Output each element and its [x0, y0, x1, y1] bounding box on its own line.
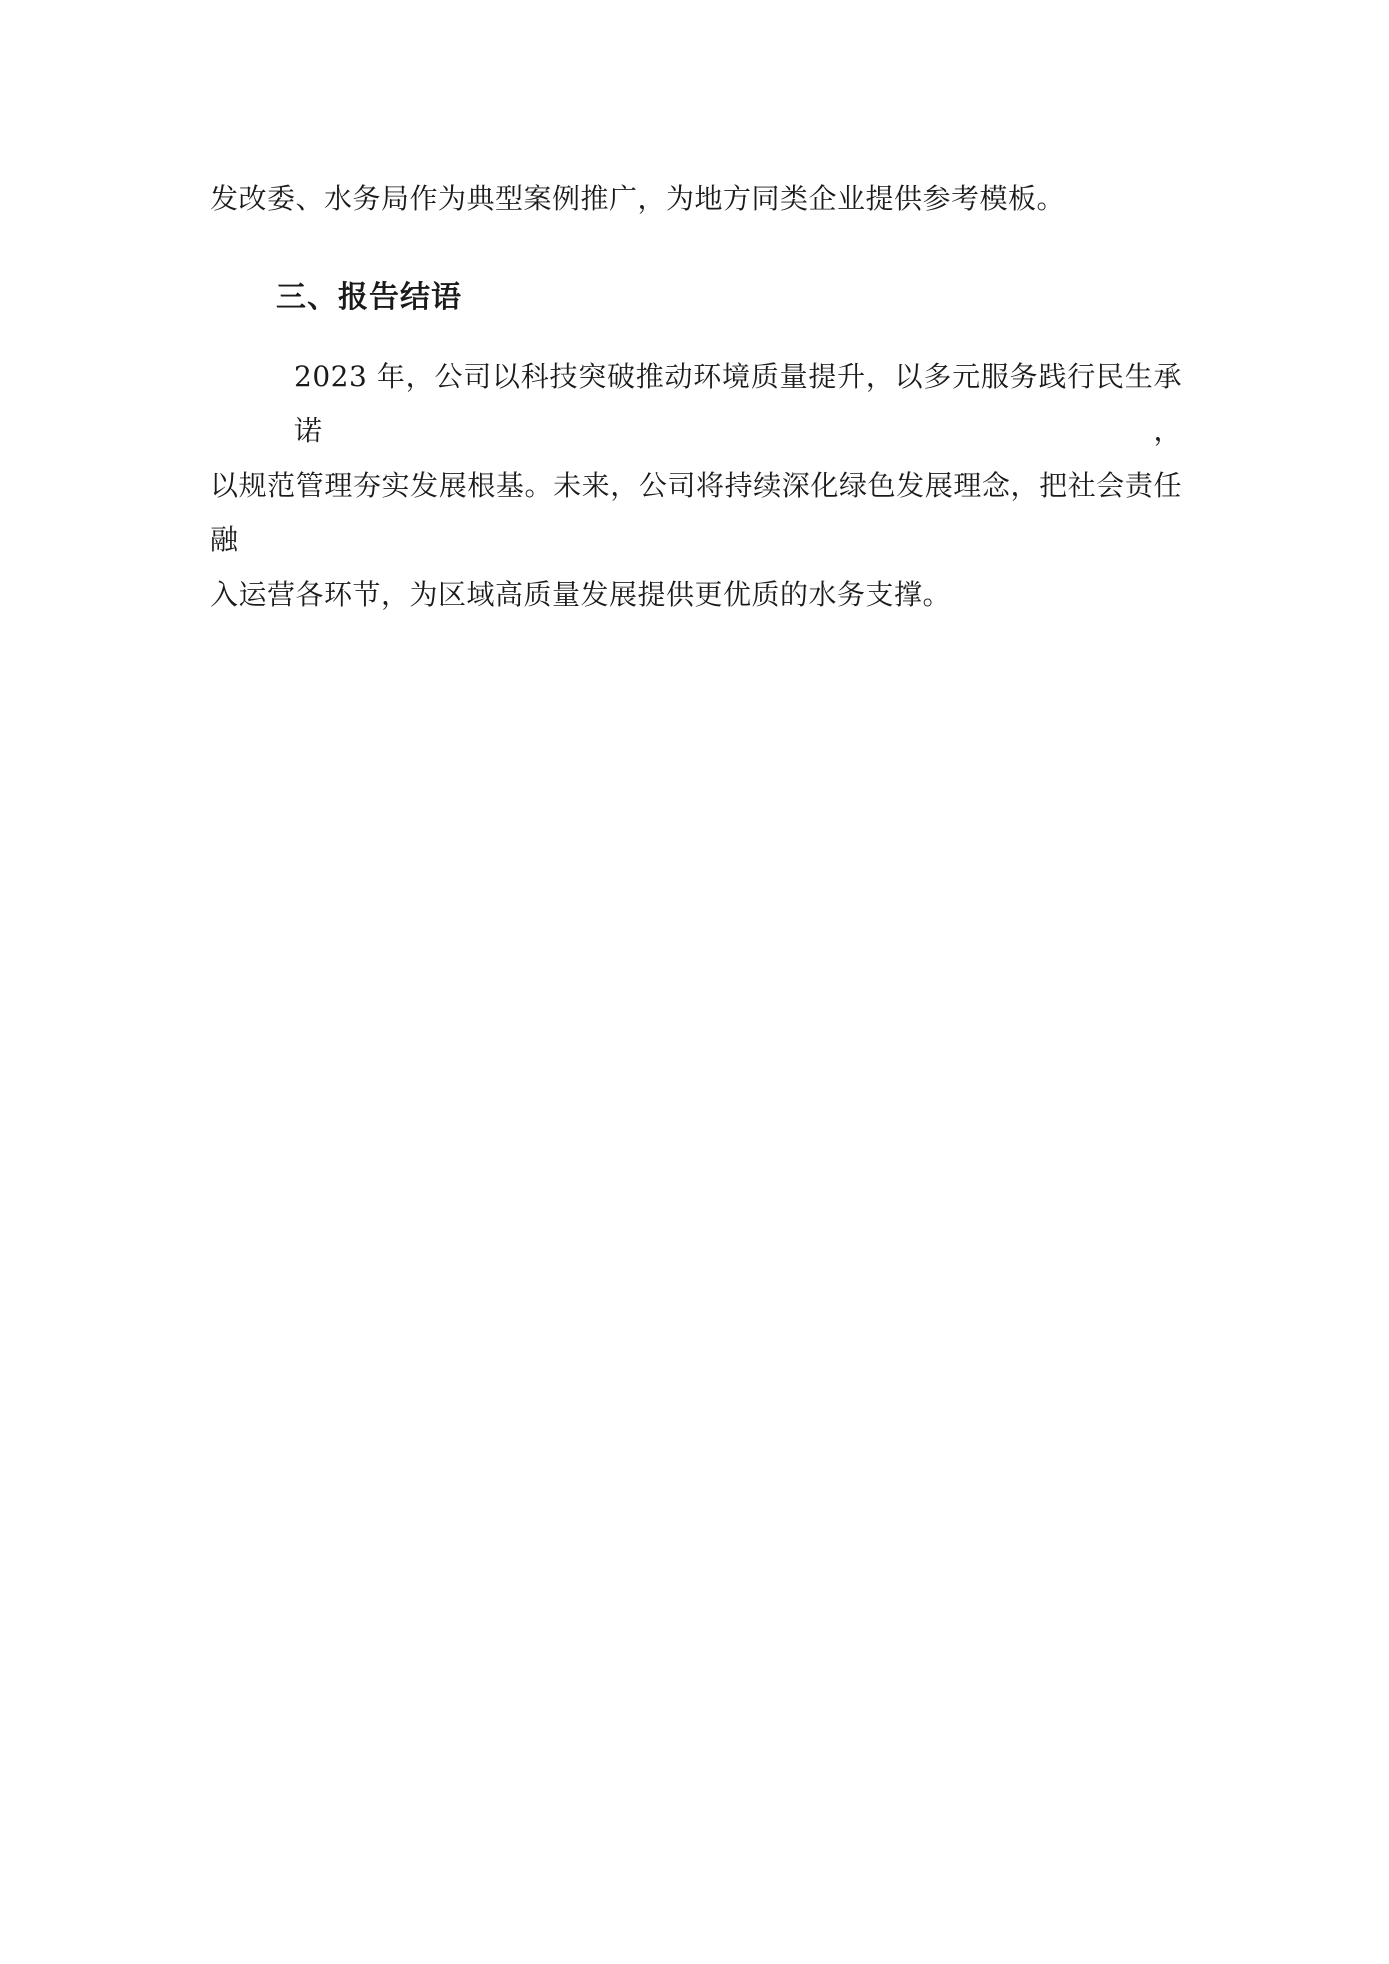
paragraph-line-3: 入运营各环节，为区域高质量发展提供更优质的水务支撑。 [210, 568, 1182, 623]
continuation-paragraph: 发改委、水务局作为典型案例推广，为地方同类企业提供参考模板。 [210, 172, 1182, 227]
document-page: 发改委、水务局作为典型案例推广，为地方同类企业提供参考模板。 三、报告结语 20… [0, 0, 1389, 1964]
page-content: 发改委、水务局作为典型案例推广，为地方同类企业提供参考模板。 三、报告结语 20… [210, 172, 1182, 622]
paragraph-line-1: 2023 年，公司以科技突破推动环境质量提升，以多元服务践行民生承诺， [210, 350, 1182, 459]
conclusion-paragraph: 2023 年，公司以科技突破推动环境质量提升，以多元服务践行民生承诺， 以规范管… [210, 350, 1182, 623]
section-heading-conclusion: 三、报告结语 [210, 273, 1182, 323]
paragraph-line-2: 以规范管理夯实发展根基。未来，公司将持续深化绿色发展理念，把社会责任融 [210, 459, 1182, 568]
